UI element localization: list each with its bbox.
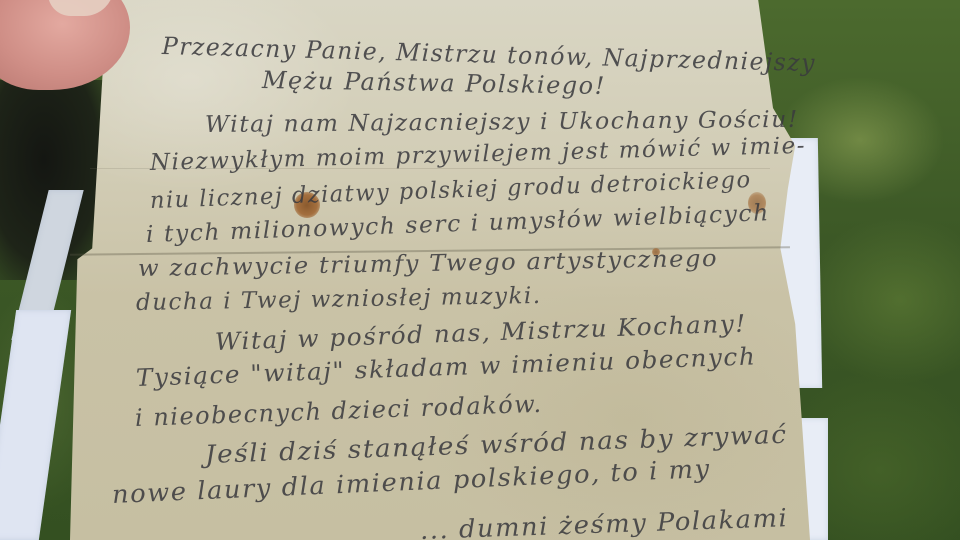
letter-line-11: nowe laury dla imienia polskiego, to i m… bbox=[111, 454, 711, 509]
letter-line-1: Witaj nam Najzacniejszy i Ukochany Gości… bbox=[205, 107, 799, 138]
photo-scene: Przezacny Panie, Mistrzu tonów, Najprzed… bbox=[0, 0, 960, 540]
letter-line-12: ... dumni żeśmy Polakami bbox=[419, 503, 788, 540]
letter-line-5: w zachwycie triumfy Twego artystycznego bbox=[138, 246, 719, 282]
salutation-line-2: Mężu Państwa Polskiego! bbox=[262, 66, 606, 100]
handwritten-text: Przezacny Panie, Mistrzu tonów, Najprzed… bbox=[0, 0, 960, 540]
letter-line-9: i nieobecnych dzieci rodaków. bbox=[135, 390, 543, 432]
letter-line-6: ducha i Twej wzniosłej muzyki. bbox=[136, 283, 542, 316]
